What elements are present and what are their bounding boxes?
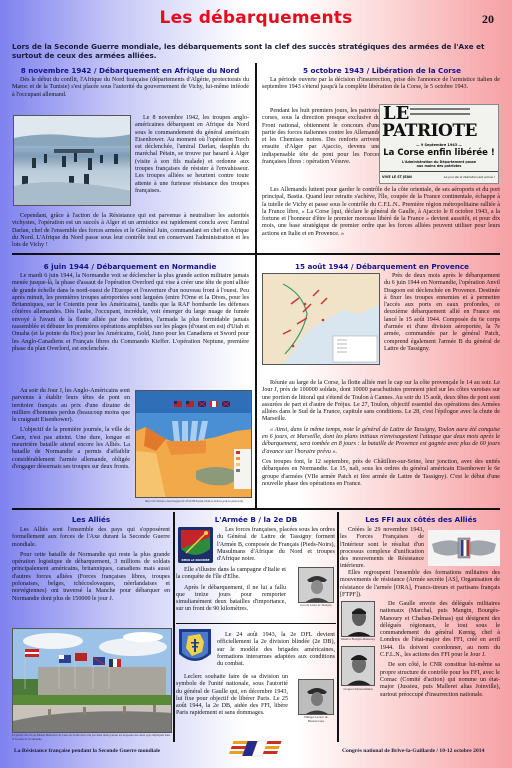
page-title: Les débarquements <box>0 8 512 28</box>
provence-landing-map <box>262 273 380 365</box>
caen-memorial-photo <box>12 628 172 733</box>
paragraph: Les Allemands luttent pour garder le con… <box>262 187 500 238</box>
column-divider <box>337 512 339 742</box>
newspaper-footer: VIVE LE ST JEAN <box>382 175 412 179</box>
paragraph: Les Alliés sont l'ensemble des pays qui … <box>12 527 170 549</box>
normandy-landing-map <box>135 390 252 498</box>
newspaper-sub: aux mains des patriotes <box>380 164 498 168</box>
masthead-le: LE <box>383 105 409 122</box>
section-divider <box>12 508 500 510</box>
footer-left-text: La Résistance française pendant la Secon… <box>14 748 160 754</box>
afrique-intro: Dès le début du conflit, l'Afrique du No… <box>12 77 249 102</box>
heading-allies: Les Alliés <box>12 515 170 524</box>
paragraph: Près de deux mois après le débarquement … <box>384 273 500 353</box>
paragraph: Elle s'illustre dans la campagne d'Itali… <box>176 567 286 582</box>
armee-b-leclerc: Leclerc souhaite faire de sa division un… <box>176 674 288 721</box>
normandie-body: Au soir du Jour J, les Anglo-Américains … <box>12 388 130 474</box>
map-graphic <box>263 274 380 365</box>
2e-db-badge <box>178 628 212 668</box>
ffi-intro: Créées le 29 novembre 1943, les Forces F… <box>340 527 424 574</box>
memorial-caption: Le parvis d'accès au Musée Mémorial de C… <box>12 734 172 741</box>
provence-continuation: Réunie au large de la Corse, la flotte a… <box>262 380 500 491</box>
allies-body: Les Alliés sont l'ensemble des pays qui … <box>12 527 170 606</box>
paragraph: Le 8 novembre 1942, les troupes anglo-am… <box>135 115 249 195</box>
shield-icon <box>178 628 212 668</box>
portrait-chaban-delmas <box>341 646 375 686</box>
normandie-intro: Le mardi 6 juin 1944, la Normandie voit … <box>12 273 249 356</box>
paragraph: Le 24 août 1943, la 2e DFL devient offic… <box>217 632 335 668</box>
troops-landing-photo <box>13 115 131 206</box>
corse-intro: La période ouverte par la décision d'ins… <box>262 77 500 95</box>
provence-body: Près de deux mois après le débarquement … <box>384 273 500 356</box>
winged-badge-icon <box>428 530 500 566</box>
soldiers-silhouettes <box>14 116 131 206</box>
column-divider <box>255 63 257 509</box>
ffi-delegates: De Gaulle envoie des délégués militaires… <box>380 601 500 702</box>
paragraph: De son côté, le CNR constitue lui-même s… <box>380 662 500 698</box>
paragraph: La période ouverte par la décision d'ins… <box>262 77 500 92</box>
map-graphic <box>136 391 252 498</box>
heading-ffi: Les FFI aux côtés des Alliés <box>340 515 502 524</box>
portrait-caption: Jacques Chaban-Delmas <box>340 688 376 692</box>
page-number: 20 <box>482 12 494 27</box>
map-caption: http://dv.clionet.e-fee.blogspot.fr/2012… <box>135 500 253 504</box>
newspaper-date: — 9 Septembre 1943 — <box>380 143 498 147</box>
congress-logo <box>228 740 284 758</box>
heading-provence: 15 août 1944 / Débarquement en Provence <box>262 262 502 271</box>
badge-label: RHIN et DANUBE <box>178 558 213 562</box>
paragraph: Le mardi 6 juin 1944, la Normandie voit … <box>12 273 249 353</box>
portrait-caption: Jean de Lattre de Tassigny <box>296 604 336 608</box>
heading-afrique: 8 novembre 1942 / Débarquement en Afriqu… <box>10 66 250 75</box>
corse-conclusion: Les Allemands luttent pour garder le con… <box>262 187 500 241</box>
portrait-de-lattre <box>298 567 334 603</box>
armee-b-intro: Les forces françaises, placées sous les … <box>217 527 335 566</box>
paragraph: Dès le début du conflit, l'Afrique du No… <box>12 77 249 99</box>
portrait-caption: Maurice Bourgès-Maunoury <box>340 638 376 642</box>
newspaper-footer: Le jour de la libération est arrivé ! <box>444 175 495 179</box>
masthead-patriote: PATRIOTE <box>382 122 477 140</box>
corse-body: Pendant les huit premiers jours, les pat… <box>262 108 380 169</box>
section-divider <box>12 253 500 255</box>
intro-text: Lors de la Seconde Guerre mondiale, les … <box>12 42 502 60</box>
portrait-graphic <box>342 602 375 637</box>
paragraph: L'objectif de la première journée, la vi… <box>12 427 130 471</box>
heading-normandie: 6 juin 1944 / Débarquement en Normandie <box>10 262 250 271</box>
portrait-caption: Philippe Leclerc de Hauteclocque <box>296 716 336 723</box>
portrait-graphic <box>342 647 375 686</box>
armee-b-2edb: Le 24 août 1943, la 2e DFL devient offic… <box>217 632 335 671</box>
paragraph: Ces troupes font, le 12 septembre, près … <box>262 459 500 488</box>
tricolor-logo-icon <box>228 740 284 758</box>
column-divider <box>173 512 175 742</box>
le-patriote-newspaper: LE PATRIOTE — 9 Septembre 1943 — La Cors… <box>379 104 499 184</box>
armee-b-body: Elle s'illustre dans la campagne d'Itali… <box>176 567 286 617</box>
footer-right-text: Congrès national de Brive-la-Gaillarde /… <box>342 748 484 754</box>
paragraph: Elles regroupent l'ensemble des formatio… <box>340 570 500 599</box>
paragraph: Leclerc souhaite faire de sa division un… <box>176 674 288 718</box>
paragraph: Cependant, grâce à l'action de la Résist… <box>12 213 249 249</box>
newspaper-headline: La Corse enfin libérée ! <box>380 148 498 158</box>
paragraph: De Gaulle envoie des délégués militaires… <box>380 601 500 659</box>
paragraph: Pour cette bataille de Normandie qui res… <box>12 552 170 603</box>
rhin-danube-badge: RHIN et DANUBE <box>178 527 213 563</box>
subsection-divider <box>176 623 336 624</box>
paragraph: Au soir du Jour J, les Anglo-Américains … <box>12 388 130 424</box>
portrait-bourges-maunoury <box>341 601 375 637</box>
paragraph: Pendant les huit premiers jours, les pat… <box>262 108 380 166</box>
portrait-leclerc <box>298 679 334 715</box>
ffi-insignia <box>428 530 500 566</box>
portrait-graphic <box>299 568 334 603</box>
afrique-conclusion: Cependant, grâce à l'action de la Résist… <box>12 213 249 252</box>
afrique-body: Le 8 novembre 1942, les troupes anglo-am… <box>135 115 249 198</box>
paragraph: Après le débarquement, il ne lui a fallu… <box>176 585 286 614</box>
paragraph: Réunie au large de la Corse, la flotte a… <box>262 380 500 424</box>
quote-paragraph: « Ainsi, dans le même temps, note le gén… <box>262 427 500 456</box>
heading-corse: 5 octobre 1943 / Libération de la Corse <box>262 66 502 75</box>
ffi-body: Elles regroupent l'ensemble des formatio… <box>340 570 500 602</box>
portrait-graphic <box>299 680 334 715</box>
heading-armee-b: L'Armée B / la 2e DB <box>176 515 336 524</box>
paragraph: Créées le 29 novembre 1943, les Forces F… <box>340 527 424 571</box>
memorial-graphic <box>13 629 172 733</box>
paragraph: Les forces françaises, placées sous les … <box>217 527 335 563</box>
